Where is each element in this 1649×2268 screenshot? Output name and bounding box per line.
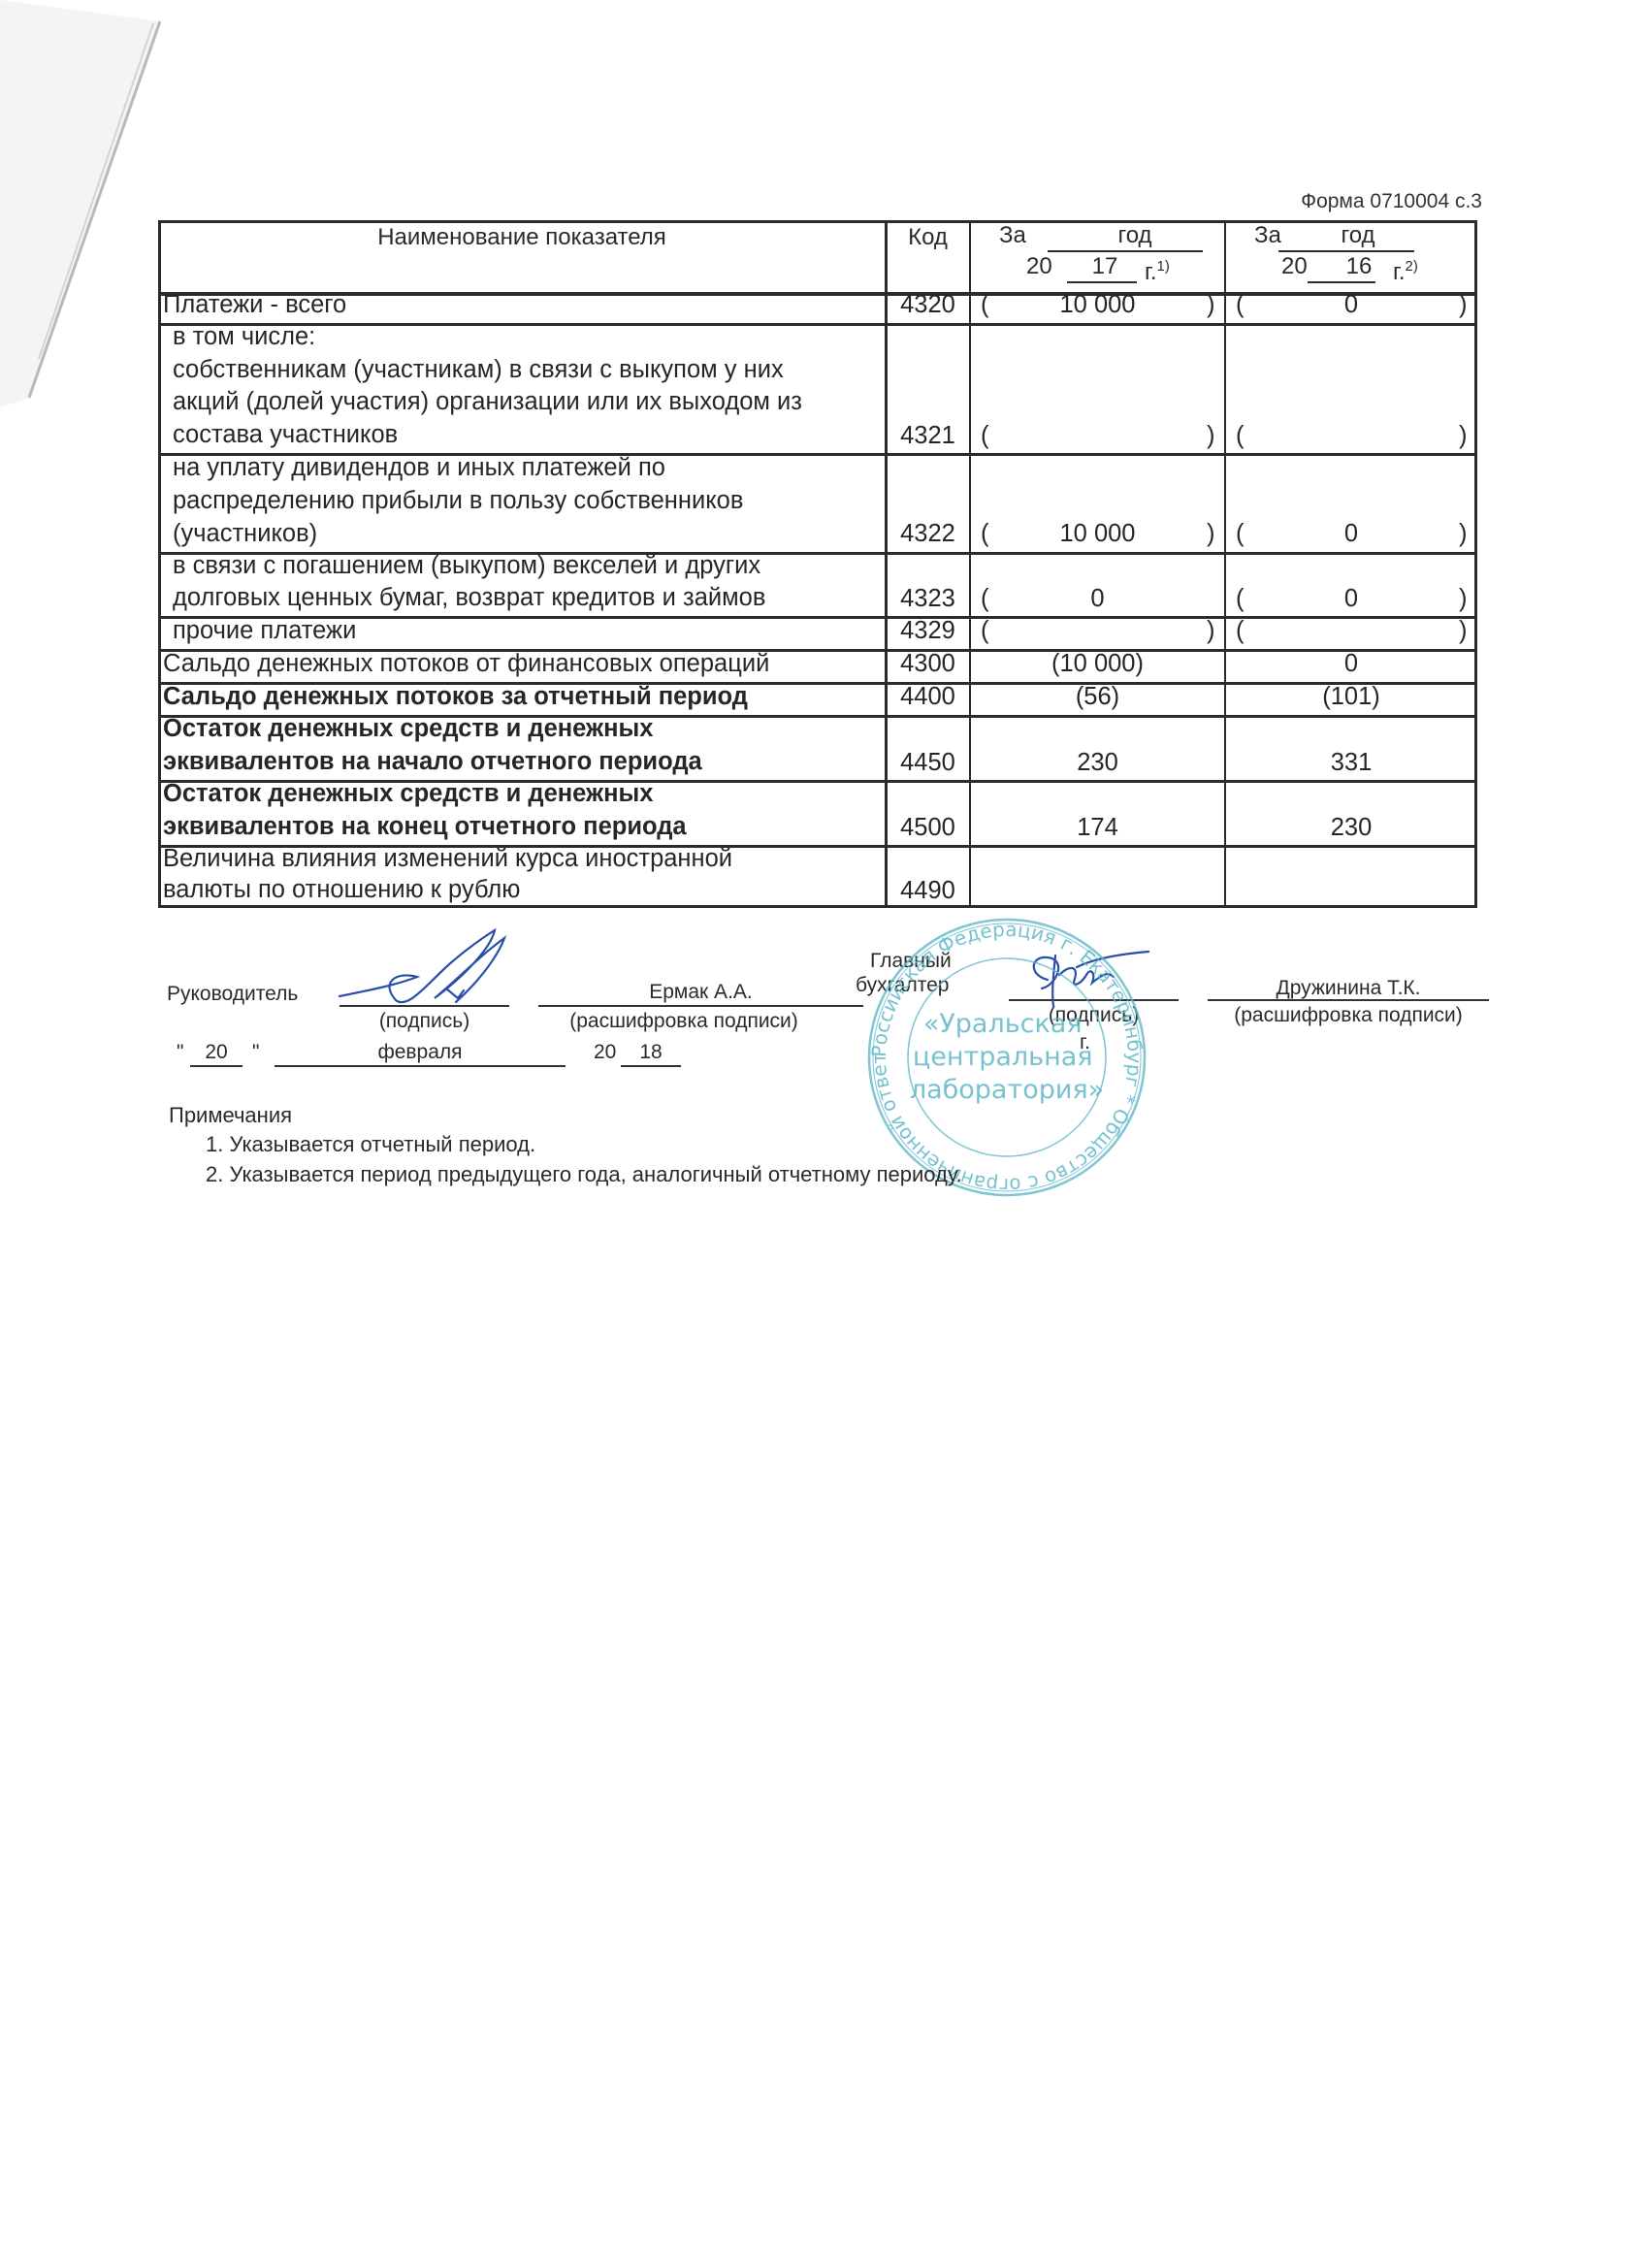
row-value-current: 174: [971, 811, 1224, 844]
row-value-current: 230: [971, 746, 1224, 779]
row-value-previous: 0: [1226, 647, 1476, 680]
period-year: 16: [1329, 252, 1389, 281]
date-month: февраля: [275, 1040, 566, 1065]
row-code: 4321: [886, 419, 970, 452]
row-code: 4323: [886, 582, 970, 615]
head-signature-icon: [320, 926, 553, 1014]
row-value-previous: 0: [1226, 582, 1476, 615]
accountant-name-line: [1208, 999, 1489, 1001]
head-label: Руководитель: [167, 982, 298, 1007]
head-signature-line: [339, 1005, 509, 1007]
date-day: 20: [190, 1040, 242, 1065]
head-name-caption: (расшифровка подписи): [538, 1009, 829, 1034]
date-year-line: [621, 1065, 681, 1067]
row-value-previous: 230: [1226, 811, 1476, 844]
head-name-line: [538, 1005, 863, 1007]
row-label: Остаток денежных средств и денежных: [163, 713, 653, 746]
row-label: Остаток денежных средств и денежных: [163, 778, 653, 811]
head-signature-caption: (подпись): [339, 1009, 509, 1034]
paren-close: ): [1459, 419, 1468, 452]
paren-close: ): [1207, 419, 1215, 452]
row-code: 4400: [886, 680, 970, 713]
paren-open: (: [981, 517, 989, 550]
accountant-name-caption: (расшифровка подписи): [1208, 1003, 1489, 1028]
row-label: состава участников: [173, 419, 398, 452]
period-prefix: За: [1254, 221, 1281, 250]
row-value-previous: 0: [1226, 517, 1476, 550]
footnote-ref: 1): [1157, 258, 1170, 275]
row-label: Сальдо денежных потоков за отчетный пери…: [163, 680, 748, 713]
row-value-previous: 0: [1226, 288, 1476, 321]
period-century: 20: [1281, 252, 1308, 281]
stamp-line: «Уральская: [923, 1009, 1083, 1039]
row-value-previous: 331: [1226, 746, 1476, 779]
row-label: в том числе:: [173, 321, 315, 354]
year-underline: [1308, 281, 1375, 283]
row-label: собственникам (участникам) в связи с вык…: [173, 354, 784, 387]
note-item: 2. Указывается период предыдущего года, …: [206, 1161, 962, 1188]
period-word: год: [1300, 221, 1416, 250]
period-prefix: За: [999, 221, 1026, 250]
row-label: Сальдо денежных потоков от финансовых оп…: [163, 647, 769, 680]
date-year: 18: [621, 1040, 681, 1065]
paren-open: (: [1236, 614, 1245, 647]
period-suffix: г.: [1393, 259, 1406, 285]
date-quote-open: ": [177, 1040, 183, 1065]
row-label: (участников): [173, 517, 317, 550]
date-quote-close: ": [252, 1040, 259, 1065]
accountant-name: Дружинина Т.К.: [1208, 976, 1489, 1001]
paren-open: (: [1236, 288, 1245, 321]
row-label: Платежи - всего: [163, 288, 346, 321]
date-day-line: [190, 1065, 242, 1067]
row-label: Величина влияния изменений курса иностра…: [163, 843, 732, 874]
paren-open: (: [981, 288, 989, 321]
row-code: 4322: [886, 517, 970, 550]
date-month-line: [275, 1065, 566, 1067]
company-stamp-icon: Российская Федерация г. Екатеринбург * О…: [861, 912, 1152, 1203]
row-code: 4500: [886, 811, 970, 844]
stamp-line: центральная: [913, 1042, 1093, 1072]
paren-close: ): [1207, 517, 1215, 550]
row-code: 4450: [886, 746, 970, 779]
period-year: 17: [1075, 252, 1135, 281]
form-number-label: Форма 0710004 с.3: [1301, 190, 1482, 213]
paren-close: ): [1459, 288, 1468, 321]
paren-open: (: [1236, 517, 1245, 550]
paren-close: ): [1459, 614, 1468, 647]
stamp-center-text: «Уральская центральная лаборатория»: [910, 1009, 1104, 1105]
row-label: эквивалентов на начало отчетного периода: [163, 746, 702, 779]
footnote-ref: 2): [1406, 258, 1418, 275]
row-label: эквивалентов на конец отчетного периода: [163, 811, 687, 844]
period-century: 20: [1026, 252, 1052, 281]
row-value-current: (56): [971, 680, 1224, 713]
row-label: валюты по отношению к рублю: [163, 874, 520, 905]
paren-open: (: [1236, 419, 1245, 452]
header-name: Наименование показателя: [158, 223, 886, 252]
row-label: акций (долей участия) организации или их…: [173, 386, 802, 419]
row-value-current: 0: [971, 582, 1224, 615]
note-item: 1. Указывается отчетный период.: [206, 1131, 535, 1158]
row-code: 4490: [886, 874, 970, 907]
notes-title: Примечания: [169, 1102, 292, 1129]
head-name: Ермак А.А.: [538, 980, 863, 1005]
period-suffix: г.: [1145, 259, 1157, 285]
row-value-current: 10 000: [971, 517, 1224, 550]
row-label: долговых ценных бумаг, возврат кредитов …: [173, 582, 765, 614]
paren-close: ): [1459, 582, 1468, 615]
row-label: распределению прибыли в пользу собственн…: [173, 484, 743, 517]
row-label: прочие платежи: [173, 614, 356, 647]
paren-open: (: [981, 614, 989, 647]
paren-open: (: [981, 419, 989, 452]
row-code: 4329: [886, 614, 970, 647]
date-century: 20: [594, 1040, 616, 1065]
row-code: 4300: [886, 647, 970, 680]
header-code: Код: [886, 223, 970, 252]
row-code: 4320: [886, 288, 970, 321]
paren-close: ): [1207, 614, 1215, 647]
paren-close: ): [1207, 288, 1215, 321]
row-value-current: 10 000: [971, 288, 1224, 321]
row-label: на уплату дивидендов и иных платежей по: [173, 451, 665, 484]
paren-open: (: [981, 582, 989, 615]
row-value-previous: (101): [1226, 680, 1476, 713]
stamp-line: лаборатория»: [910, 1075, 1104, 1105]
year-underline: [1067, 281, 1137, 283]
row-value-current: (10 000): [971, 647, 1224, 680]
paren-close: ): [1459, 517, 1468, 550]
row-divider: [158, 323, 1477, 326]
paren-open: (: [1236, 582, 1245, 615]
period-word: год: [1077, 221, 1193, 250]
row-label: в связи с погашением (выкупом) векселей …: [173, 550, 760, 582]
